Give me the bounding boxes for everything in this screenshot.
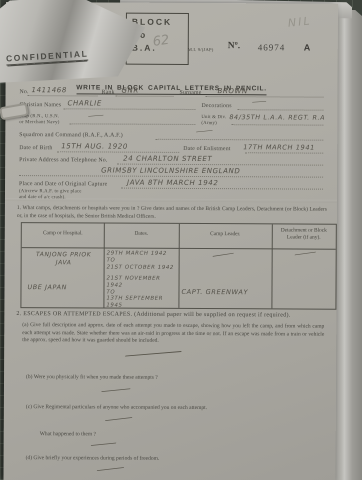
table-header-block-leader: Detachment or Block Leader (if any). bbox=[272, 227, 336, 241]
pencil-note-nil: NIL bbox=[287, 14, 312, 29]
rule-line bbox=[69, 123, 195, 125]
field-label-no: No. bbox=[20, 89, 29, 95]
question-2d-answer: — bbox=[96, 465, 107, 476]
question-1-text: 1. What camps, detachments or hospitals … bbox=[17, 205, 327, 222]
question-2d-text: (d) Give briefly your experiences during… bbox=[26, 455, 160, 463]
question-2-heading: 2. ESCAPES OR ATTEMPTED ESCAPES. (Additi… bbox=[16, 311, 290, 318]
paper-crease bbox=[5, 198, 337, 203]
rule-line bbox=[121, 188, 323, 190]
rule-line bbox=[28, 95, 98, 96]
question-2c-text: (c) Give Regimental particulars of anyon… bbox=[26, 404, 326, 413]
table-row-camp: TANJONG PRIOK JAVA bbox=[26, 251, 102, 266]
field-value-no: 1411468 bbox=[32, 86, 67, 94]
question-2a-text: (a) Give full description and approx. da… bbox=[22, 322, 324, 347]
field-value-christian-names: CHARLIE bbox=[67, 99, 101, 107]
field-value-capture: JAVA 8TH MARCH 1942 bbox=[127, 179, 218, 187]
series-letter: A bbox=[304, 43, 311, 53]
table-header-leader: Camp Leader. bbox=[179, 231, 272, 239]
mi9-jap-label: M.I. 9/(JAP) bbox=[188, 47, 214, 52]
field-value-rank: GNR bbox=[122, 87, 139, 95]
table-row-camp: UBE JAPAN bbox=[27, 283, 67, 291]
field-value-unit-div: 84/35TH L.A.A. REGT. R.A bbox=[229, 113, 325, 122]
rule-line bbox=[117, 164, 323, 166]
table-row-leader: CAPT. GREENWAY bbox=[181, 288, 248, 296]
question-2b-text: (b) Were you physically fit when you mad… bbox=[26, 374, 326, 383]
table-row-dates: 29TH MARCH 1942 TO 21ST OCTOBER 1942 bbox=[107, 251, 177, 272]
rule-line bbox=[155, 139, 323, 141]
field-value-address-2: GRIMSBY LINCOLNSHIRE ENGLAND bbox=[101, 167, 240, 176]
field-value-squadron: — bbox=[195, 128, 203, 136]
field-label-date-of-birth: Date of Birth bbox=[19, 145, 52, 151]
what-happened-text: What happened to them ? bbox=[40, 431, 96, 439]
table-row-dates: 21ST NOVEMBER 1942 TO 13TH SEPTEMBER 194… bbox=[106, 276, 178, 310]
field-value-enlistment: 17TH MARCH 1941 bbox=[243, 143, 315, 151]
photographed-pow-form: BLOCK No B.A. 62 M.I. 9/(JAP) Nº. 46974 … bbox=[0, 0, 362, 480]
field-value-decorations: — bbox=[251, 98, 259, 106]
question-2b-answer: — bbox=[100, 386, 111, 397]
field-value-date-of-birth: 15TH AUG. 1920 bbox=[61, 142, 128, 150]
rule-line bbox=[245, 152, 323, 153]
what-happened-answer: — bbox=[90, 440, 101, 451]
rule-line bbox=[231, 124, 323, 125]
block-number-handwritten: 62 bbox=[152, 33, 170, 50]
field-label-enlistment: Date of Enlistment bbox=[183, 146, 230, 152]
rule-line bbox=[237, 109, 323, 110]
question-2a-answer: — bbox=[122, 349, 135, 363]
table-header-dates: Dates. bbox=[104, 231, 179, 238]
field-label-squadron: Squadron and Command (R.A.F., A.A.F.) bbox=[19, 132, 123, 139]
table-row-leader: — bbox=[212, 252, 222, 262]
field-label-address: Private Address and Telephone No. bbox=[19, 157, 107, 163]
question-2c-answer: — bbox=[104, 416, 115, 427]
field-label-rank: Rank bbox=[102, 90, 115, 96]
rule-line bbox=[57, 151, 179, 153]
rule-line bbox=[19, 175, 323, 178]
number-label: Nº. bbox=[228, 41, 240, 51]
field-value-surname: BROWN bbox=[218, 87, 248, 95]
field-label-capture: Place and Date of Original Capture bbox=[19, 181, 107, 187]
field-label-surname: Surname bbox=[180, 90, 202, 96]
rule-line bbox=[116, 96, 174, 97]
field-value-address-1: 24 CHARLTON STREET bbox=[123, 155, 212, 163]
camp-table: Camp or Hospital. Dates. Camp Leader. De… bbox=[20, 222, 336, 310]
file-number: 46974 bbox=[258, 42, 286, 52]
table-header-camp: Camp or Hospital. bbox=[22, 230, 104, 237]
field-label-decorations: Decorations bbox=[201, 103, 231, 109]
table-row-block-leader: — bbox=[294, 251, 304, 261]
field-value-ship: — bbox=[87, 112, 95, 120]
rule-line bbox=[63, 108, 195, 110]
